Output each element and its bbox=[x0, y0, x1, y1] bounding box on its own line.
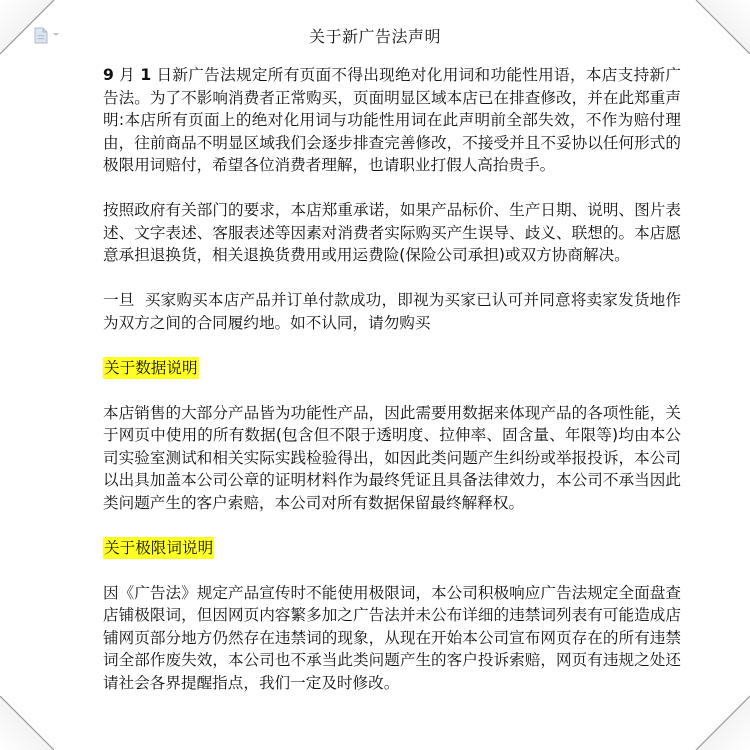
spacer bbox=[103, 267, 681, 290]
section-heading-extreme-words: 关于极限词说明 bbox=[103, 537, 681, 560]
page-curl-bottom-left-icon bbox=[0, 690, 60, 750]
spacer bbox=[103, 334, 681, 357]
spacer bbox=[103, 559, 681, 582]
paragraph-text: 日新广告法规定所有页面不得出现绝对化用词和功能性用语，本店支持新广告法。为了不影… bbox=[103, 66, 681, 174]
paragraph-ad-law-notice: 9 月 1 日新广告法规定所有页面不得出现绝对化用词和功能性用语，本店支持新广告… bbox=[103, 64, 681, 177]
spacer bbox=[103, 379, 681, 402]
month-unit: 月 bbox=[119, 66, 135, 84]
paragraph-extreme-words-explanation: 因《广告法》规定产品宣传时不能使用极限词，本公司积极响应广告法规定全面盘查店铺极… bbox=[103, 582, 681, 695]
highlighted-heading: 关于数据说明 bbox=[103, 357, 199, 380]
page-curl-bottom-right-icon bbox=[690, 690, 750, 750]
spacer bbox=[103, 177, 681, 200]
paragraph-data-explanation: 本店销售的大部分产品皆为功能性产品，因此需要用数据来体现产品的各项性能，关于网页… bbox=[103, 402, 681, 515]
month-number: 9 bbox=[103, 66, 114, 84]
section-heading-data: 关于数据说明 bbox=[103, 357, 681, 380]
paragraph-contract-place: 一旦 买家购买本店产品并订单付款成功，即视为买家已认可并同意将卖家发货地作为双方… bbox=[103, 289, 681, 334]
document-body: 9 月 1 日新广告法规定所有页面不得出现绝对化用词和功能性用语，本店支持新广告… bbox=[103, 64, 681, 694]
paragraph-commitment: 按照政府有关部门的要求，本店郑重承诺，如果产品标价、生产日期、说明、图片表述、文… bbox=[103, 199, 681, 267]
document-page: 关于新广告法声明 9 月 1 日新广告法规定所有页面不得出现绝对化用词和功能性用… bbox=[0, 0, 750, 750]
highlighted-heading: 关于极限词说明 bbox=[103, 537, 214, 560]
day-number: 1 bbox=[140, 66, 151, 84]
page-title: 关于新广告法声明 bbox=[0, 24, 750, 47]
spacer bbox=[103, 514, 681, 537]
